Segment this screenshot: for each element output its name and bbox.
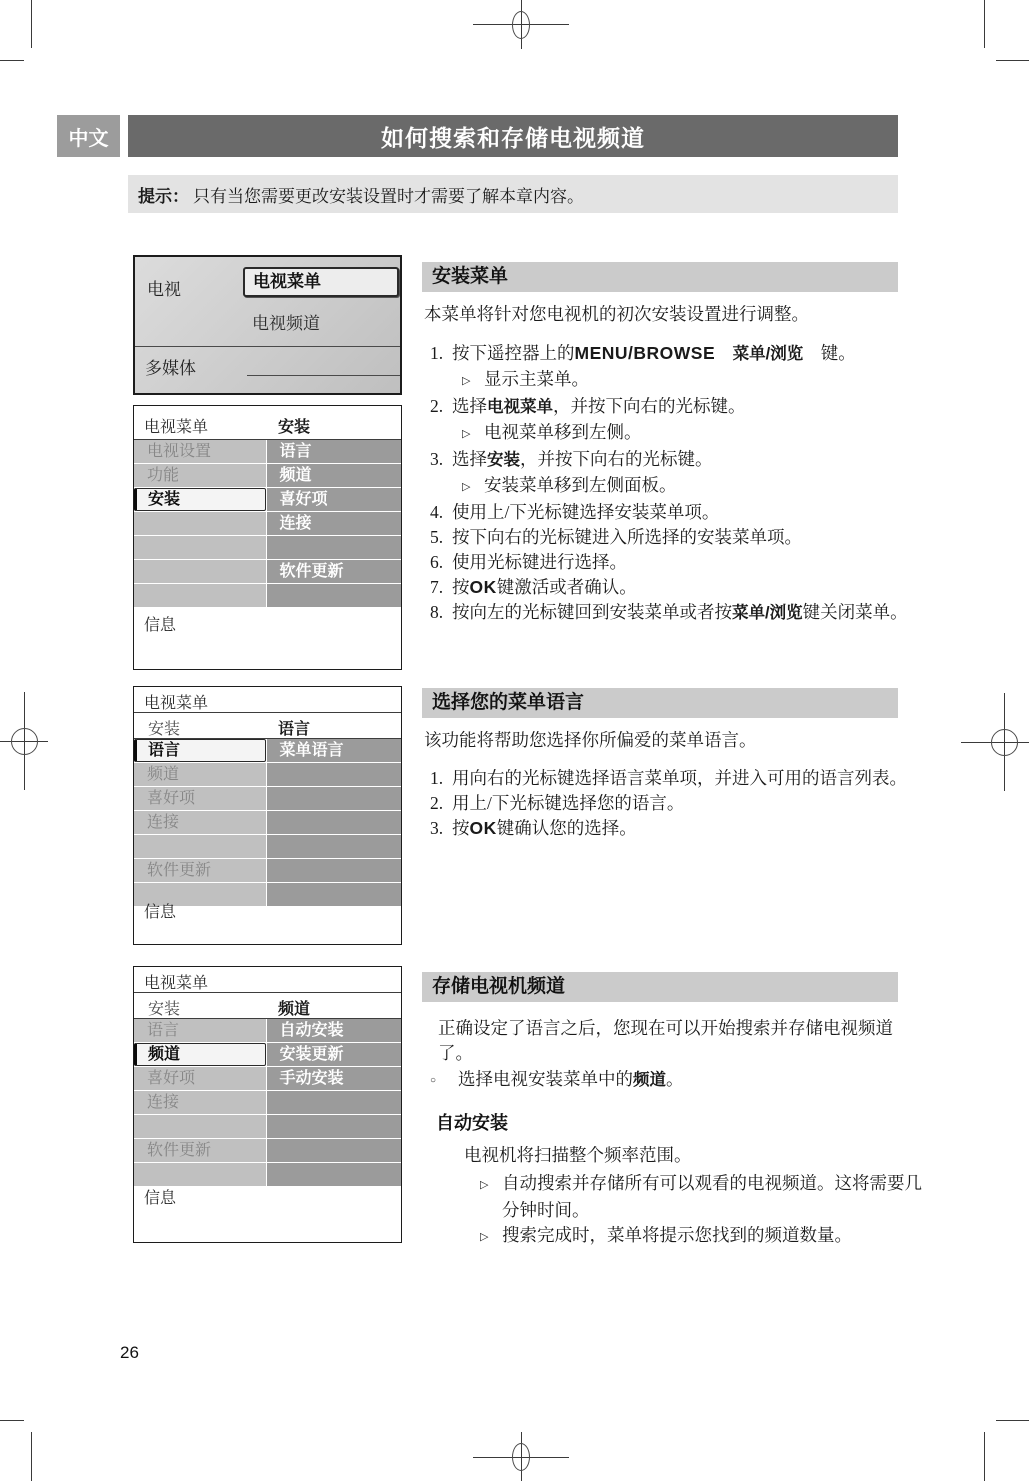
section-heading: 选择您的菜单语言 [422,688,898,718]
reg-mark-top-ellipse [512,11,530,39]
step-number: 6. [430,550,452,575]
text-run: 键激活或者确认。 [497,577,637,597]
menu-screenshot-channels: 电视菜单 安装 频道 语言自动安装频道安装更新喜好项手动安装连接软件更新 信息 [133,966,402,1243]
menu-item-right [267,584,402,607]
numbered-steps: 1.用向右的光标键选择语言菜单项，并进入可用的语言列表。2.用上/下光标键选择您… [422,766,928,841]
text-run: 按 [452,577,470,597]
result-text: 搜索完成时，菜单将提示您找到的频道数量。 [502,1225,852,1245]
step-text: 选择安装，并按下向右的光标键。 [452,449,713,469]
bold-run: OK [470,818,497,838]
menu-row: 功能频道 [134,464,401,488]
tip-label: 提示： [138,182,189,207]
step: 4.使用上/下光标键选择安装菜单项。 [422,500,928,525]
text-run: 按下遥控器上的 [452,343,575,363]
crop-mark-bottom-right-h [996,1420,1029,1421]
menu-item-right [267,859,402,882]
text-run: 键确认您的选择。 [497,818,637,838]
section-store-channels: 存储电视机频道 正确设定了语言之后，您现在可以开始搜索并存储电视频道了。 ○选择… [422,972,928,1250]
step-number: 4. [430,500,452,525]
step-number: 3. [430,816,452,841]
text-run: ，并按下向右的光标键。 [520,449,713,469]
result-bullet: ▷自动搜索并存储所有可以观看的电视频道。这将需要几分钟时间。 [480,1171,928,1223]
page-title: 如何搜索和存储电视频道 [128,115,898,157]
menu-row [134,536,401,560]
step: 8.按向左的光标键回到安装菜单或者按菜单/浏览键关闭菜单。 [422,600,928,626]
menu-item-left: 喜好项 [134,1067,266,1090]
result-arrow-icon: ▷ [462,475,484,500]
menu-subheader-right: 语言 [278,716,310,739]
menu-subheader: 安装 频道 [134,993,401,1019]
reg-mark-bottom-ellipse [512,1443,530,1471]
bold-run: 频道 [633,1071,666,1089]
step-number: 1. [430,341,452,366]
circle-bullet: ○选择电视安装菜单中的频道。 [430,1067,928,1093]
text-run: 选择 [452,396,487,416]
result-bullets: ▷自动搜索并存储所有可以观看的电视频道。这将需要几分钟时间。▷搜索完成时，菜单将… [480,1171,928,1250]
menu-item-right: 连接 [267,512,402,535]
menu-item-left: 语言 [134,1019,266,1042]
step-text: 按OK键确认您的选择。 [452,818,637,838]
menu-item-left [134,1115,266,1138]
result-text: 自动搜索并存储所有可以观看的电视频道。这将需要几分钟时间。 [502,1173,922,1220]
menu-item-right: 自动安装 [267,1019,402,1042]
menu-title: 电视菜单 [144,690,208,713]
text-run: ，并按下向右的光标键。 [553,396,746,416]
menu-item-right [267,1115,402,1138]
result-arrow-icon: ▷ [462,422,484,447]
bold-run: 菜单/浏览 [733,345,804,363]
menu-item-tv-menu-selected: 电视菜单 [243,267,399,297]
menu-screenshot-language: 电视菜单 安装 语言 语言菜单语言频道喜好项连接软件更新 信息 [133,686,402,945]
step-text: 按下向右的光标键进入所选择的安装菜单项。 [452,527,802,547]
menu-row [134,1163,401,1187]
menu-item-left [134,560,266,583]
step: 2.用上/下光标键选择您的语言。 [422,791,928,816]
step-number: 8. [430,600,452,625]
menu-screenshot-main: 电视 电视菜单 电视频道 多媒体 [133,255,402,395]
step-number: 5. [430,525,452,550]
menu-item-right [267,763,402,786]
section-intro: 本菜单将针对您电视机的初次安装设置进行调整。 [422,302,928,327]
menu-item-left: 功能 [134,464,266,487]
menu-header: 电视菜单 安装 [134,406,401,440]
crop-mark-top-right-h [996,60,1029,61]
menu-item-left [134,512,266,535]
menu-header: 电视菜单 [134,687,401,713]
text-run: 使用上/下光标键选择安装菜单项。 [452,502,719,522]
step-result: ▷显示主菜单。 [422,367,928,394]
menu-row: 语言自动安装 [134,1019,401,1043]
menu-row: 软件更新 [134,560,401,584]
manual-page: 中文 如何搜索和存储电视频道 提示： 只有当您需要更改安装设置时才需要了解本章内… [0,0,1029,1481]
step: 1.按下遥控器上的MENU/BROWSE 菜单/浏览 键。 [422,341,928,367]
menu-item-left-selected: 语言 [134,739,266,762]
menu-screenshot-install: 电视菜单 安装 电视设置语言功能频道安装喜好项连接软件更新 信息 [133,405,402,670]
menu-item-right [267,835,402,858]
bold-run: 菜单/浏览 [732,604,803,622]
menu-item-right [267,811,402,834]
menu-header: 电视菜单 [134,967,401,993]
circle-bullet-icon: ○ [430,1068,458,1093]
tip-bar: 提示： 只有当您需要更改安装设置时才需要了解本章内容。 [128,175,898,213]
section-install-menu: 安装菜单 本菜单将针对您电视机的初次安装设置进行调整。 1.按下遥控器上的MEN… [422,262,928,626]
bold-run: OK [470,577,497,597]
language-tab: 中文 [57,115,120,157]
text-run: 用向右的光标键选择语言菜单项，并进入可用的语言列表。 [452,768,907,788]
step: 1.用向右的光标键选择语言菜单项，并进入可用的语言列表。 [422,766,928,791]
menu-item-left: 软件更新 [134,859,266,882]
menu-item-right [267,536,402,559]
crop-mark-top-left-v [31,0,32,48]
menu-item-left [134,835,266,858]
menu-label-multimedia: 多媒体 [145,354,196,379]
menu-item-right: 频道 [267,464,402,487]
crop-mark-bottom-left-h [0,1420,24,1421]
step: 3.按OK键确认您的选择。 [422,816,928,841]
result-text: 安装菜单移到左侧面板。 [484,475,677,495]
step-number: 1. [430,766,452,791]
text-run: 使用光标键进行选择。 [452,552,627,572]
menu-title: 电视菜单 [144,414,208,437]
text-run: 键。 [803,343,856,363]
menu-title: 电视菜单 [144,970,208,993]
subsection-body: 电视机将扫描整个频率范围。 [464,1143,928,1168]
result-bullet: ▷搜索完成时，菜单将提示您找到的频道数量。 [480,1223,928,1250]
menu-label-tv: 电视 [147,275,181,300]
step-result: ▷安装菜单移到左侧面板。 [422,473,928,500]
step: 3.选择安装，并按下向右的光标键。 [422,447,928,473]
menu-divider [135,346,400,347]
reg-mark-right-circle [991,729,1018,756]
step-text: 使用光标键进行选择。 [452,552,627,572]
menu-rows: 电视设置语言功能频道安装喜好项连接软件更新 [134,440,401,608]
step-text: 按下遥控器上的MENU/BROWSE 菜单/浏览 键。 [452,343,856,363]
crop-mark-top-right-v [984,0,985,48]
step-number: 3. [430,447,452,472]
menu-item-right [267,883,402,906]
menu-footer-info: 信息 [144,899,176,922]
menu-row: 喜好项 [134,787,401,811]
menu-item-left: 连接 [134,1091,266,1114]
bold-run: 安装 [487,451,520,469]
menu-item-right: 语言 [267,440,402,463]
page-number: 26 [120,1343,139,1363]
menu-item-right: 喜好项 [267,488,401,511]
result-text: 电视菜单移到左侧。 [484,422,642,442]
menu-item-left-selected: 安装 [134,488,266,511]
text-run [715,343,733,363]
menu-item-left: 喜好项 [134,787,266,810]
section-paragraph: 正确设定了语言之后，您现在可以开始搜索并存储电视频道了。 [438,1016,912,1066]
text-run: 按 [452,818,470,838]
text-run: 按下向右的光标键进入所选择的安装菜单项。 [452,527,802,547]
menu-item-right [267,1163,402,1186]
menu-item-left: 电视设置 [134,440,266,463]
menu-subheader-left: 安装 [148,996,180,1019]
text-run: 选择 [452,449,487,469]
result-arrow-icon: ▷ [480,1173,502,1198]
menu-footer-info: 信息 [144,1185,176,1208]
menu-section-label: 安装 [278,414,310,437]
menu-row: 软件更新 [134,859,401,883]
menu-item-tv-channels: 电视频道 [252,309,320,334]
step-text: 按向左的光标键回到安装菜单或者按菜单/浏览键关闭菜单。 [452,602,908,622]
menu-row [134,1115,401,1139]
menu-item-right: 软件更新 [267,560,402,583]
step-result: ▷电视菜单移到左侧。 [422,420,928,447]
numbered-steps: 1.按下遥控器上的MENU/BROWSE 菜单/浏览 键。▷显示主菜单。2.选择… [422,341,928,626]
menu-row: 频道安装更新 [134,1043,401,1067]
menu-row [134,835,401,859]
menu-item-left [134,536,266,559]
menu-rows: 语言菜单语言频道喜好项连接软件更新 [134,739,401,907]
step-text: 按OK键激活或者确认。 [452,577,637,597]
step-number: 7. [430,575,452,600]
menu-subheader: 安装 语言 [134,713,401,739]
menu-row: 语言菜单语言 [134,739,401,763]
menu-row: 频道 [134,763,401,787]
text-run: 按向左的光标键回到安装菜单或者按 [452,602,732,622]
menu-item-right: 菜单语言 [267,739,401,762]
menu-item-right [267,1091,402,1114]
menu-row: 连接 [134,811,401,835]
section-menu-language: 选择您的菜单语言 该功能将帮助您选择你所偏爱的菜单语言。 1.用向右的光标键选择… [422,688,928,841]
step-text: 选择电视菜单，并按下向右的光标键。 [452,396,746,416]
menu-item-left: 连接 [134,811,266,834]
step-number: 2. [430,791,452,816]
menu-row [134,584,401,608]
crop-mark-bottom-right-v [984,1432,985,1481]
menu-item-left [134,584,266,607]
menu-item-left: 频道 [134,763,266,786]
menu-item-left [134,1163,266,1186]
menu-row: 喜好项手动安装 [134,1067,401,1091]
subsection-heading: 自动安装 [436,1109,928,1135]
section-heading: 存储电视机频道 [422,972,898,1002]
menu-row: 电视设置语言 [134,440,401,464]
crop-mark-top-left-h [0,60,24,61]
circle-bullet-text: 选择电视安装菜单中的频道。 [458,1069,684,1089]
menu-rows: 语言自动安装频道安装更新喜好项手动安装连接软件更新 [134,1019,401,1187]
tip-text: 只有当您需要更改安装设置时才需要了解本章内容。 [193,182,584,207]
menu-underline [247,375,400,376]
text-run: 选择电视安装菜单中的 [458,1069,633,1089]
menu-item-right [267,787,402,810]
result-arrow-icon: ▷ [462,369,484,394]
step-text: 用上/下光标键选择您的语言。 [452,793,684,813]
crop-mark-bottom-left-v [31,1432,32,1481]
bold-run: 电视菜单 [487,398,553,416]
section-heading: 安装菜单 [422,262,898,292]
reg-mark-left-circle [11,728,38,755]
result-arrow-icon: ▷ [480,1225,502,1250]
text-run: 键关闭菜单。 [803,602,908,622]
menu-item-right [267,1139,402,1162]
step: 5.按下向右的光标键进入所选择的安装菜单项。 [422,525,928,550]
menu-row: 安装喜好项 [134,488,401,512]
step: 6.使用光标键进行选择。 [422,550,928,575]
step: 7.按OK键激活或者确认。 [422,575,928,600]
step-text: 用向右的光标键选择语言菜单项，并进入可用的语言列表。 [452,768,907,788]
menu-subheader-left: 安装 [148,716,180,739]
menu-row: 连接 [134,512,401,536]
menu-subheader-right: 频道 [278,996,310,1019]
bold-run: MENU/BROWSE [575,343,716,363]
menu-item-right: 手动安装 [267,1067,402,1090]
menu-footer-info: 信息 [144,612,176,635]
step-text: 使用上/下光标键选择安装菜单项。 [452,502,719,522]
menu-item-left: 软件更新 [134,1139,266,1162]
menu-row: 连接 [134,1091,401,1115]
menu-item-right: 安装更新 [267,1043,401,1066]
step-number: 2. [430,394,452,419]
step: 2.选择电视菜单，并按下向右的光标键。 [422,394,928,420]
menu-item-left-selected: 频道 [134,1043,266,1066]
menu-row: 软件更新 [134,1139,401,1163]
section-intro: 该功能将帮助您选择你所偏爱的菜单语言。 [422,728,928,753]
result-text: 显示主菜单。 [484,369,589,389]
text-run: 。 [666,1069,684,1089]
text-run: 用上/下光标键选择您的语言。 [452,793,684,813]
